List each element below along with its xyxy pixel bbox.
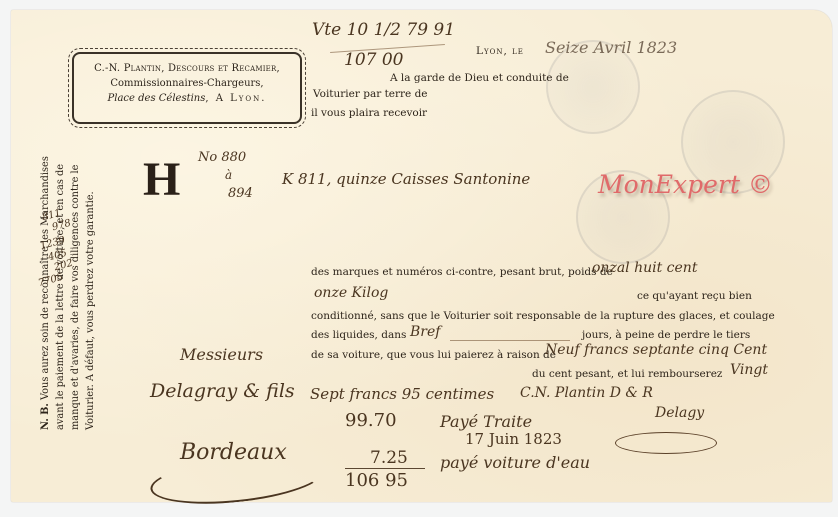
body-line6: du cent pesant, et lui rembourserez: [532, 368, 722, 380]
company-street: Place des Célestins: [108, 93, 206, 104]
nb-label: N. B.: [40, 403, 51, 430]
recipient-label: Messieurs: [180, 345, 263, 364]
mark-numbers-from: No 880: [198, 150, 246, 165]
recipient-name: Delagray & fils: [150, 380, 295, 402]
amount-line: Sept francs 95 centimes: [310, 385, 494, 403]
mark-numbers-to-word: à: [225, 168, 232, 182]
mark-letter: H: [143, 152, 180, 207]
handwritten-date: Seize Avril 1823: [545, 38, 677, 57]
body-line6-reimburse: Vingt: [730, 362, 768, 378]
paid-2: payé voiture d'eau: [440, 453, 590, 472]
body-line4-a: des liquides, dans: [311, 329, 406, 341]
paid-1-name: Delagy: [655, 405, 704, 421]
signature-flourish: [615, 432, 717, 454]
place-date-label: Lyon, le: [476, 45, 524, 57]
voiturier-line: Voiturier par terre de: [313, 88, 428, 100]
company-cartouche: C.-N. Plantin, Descours et Recamier, Com…: [72, 52, 302, 124]
date-paid: 17 Juin 1823: [465, 430, 562, 448]
body-line4-b: jours, à peine de perdre le tiers: [582, 329, 750, 341]
total-rule: [345, 468, 425, 469]
mark-description: K 811, quinze Caisses Santonine: [282, 170, 530, 188]
total-1: 99.70: [345, 410, 397, 431]
mark-numbers-to: 894: [228, 186, 253, 201]
company-address: Place des Célestins, A Lyon.: [74, 91, 300, 106]
garde-line: A la garde de Dieu et conduite de: [390, 72, 569, 84]
body-line1-weight: onzal huit cent: [592, 260, 697, 276]
total-2: 7.25: [370, 448, 408, 468]
watermark: MonExpert ©: [598, 170, 773, 199]
body-line2-weight: onze Kilog: [314, 285, 388, 301]
company-city: , A Lyon.: [205, 93, 266, 104]
body-line4-delay: Bref: [410, 324, 440, 340]
body-line2: ce qu'ayant reçu bien: [637, 290, 752, 302]
grand-total: 106 95: [345, 470, 408, 491]
handwritten-topleft-figures: Vte 10 1/2 79 91: [312, 20, 455, 40]
signature: C.N. Plantin D & R: [520, 385, 653, 401]
company-name: C.-N. Plantin, Descours et Recamier,: [74, 61, 300, 76]
rule: [450, 340, 570, 341]
body-line5-rate: Neuf francs septante cinq Cent: [545, 342, 767, 358]
nb-text: Vous aurez soin de reconnaître les March…: [40, 156, 96, 430]
recevoir-line: il vous plaira recevoir: [311, 107, 427, 119]
company-role: Commissionnaires-Chargeurs,: [74, 76, 300, 91]
paid-1: Payé Traite: [440, 412, 532, 431]
body-line3: conditionné, sans que le Voiturier soit …: [311, 310, 775, 322]
body-line1: des marques et numéros ci-contre, pesant…: [311, 266, 613, 278]
body-line5: de sa voiture, que vous lui paierez à ra…: [311, 349, 556, 361]
handwritten-topleft-total: 107 00: [344, 50, 403, 70]
